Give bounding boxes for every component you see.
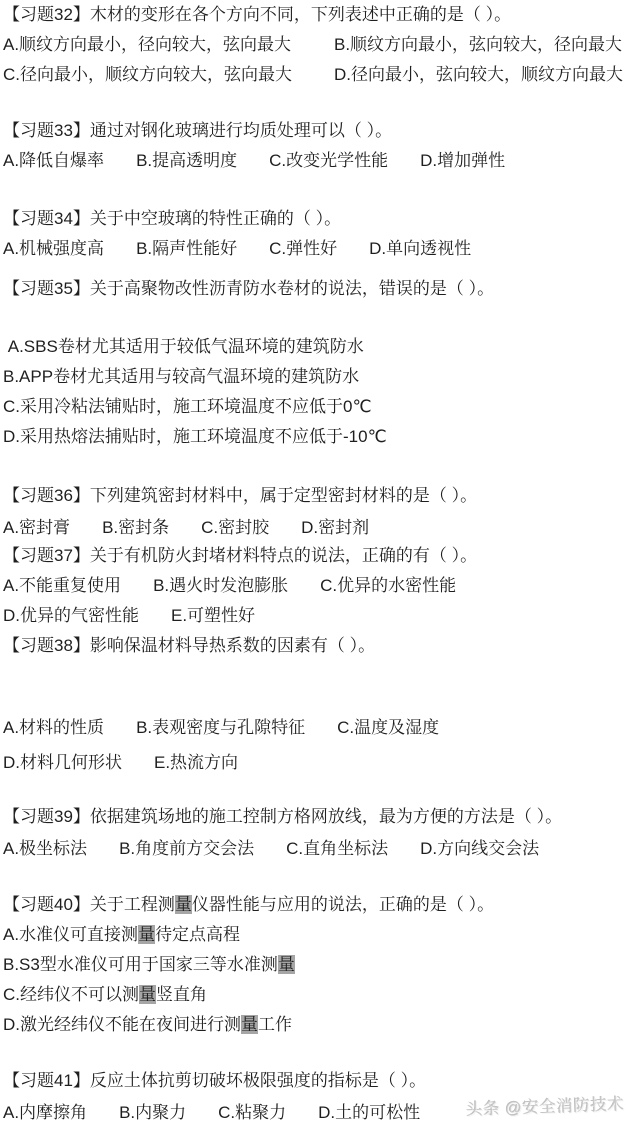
option-b: B.角度前方交会法 [119,833,254,865]
question-39: 【习题39】依据建筑场地的施工控制方格网放线，最为方便的方法是（ ）。 A.极坐… [3,801,629,865]
question-40: 【习题40】关于工程测量仪器性能与应用的说法，正确的是（ ）。 A.水准仪可直接… [3,890,629,1040]
question-number: 【习题40】 [3,895,90,914]
option-b: B.表观密度与孔隙特征 [136,710,305,745]
question-32: 【习题32】木材的变形在各个方向不同，下列表述中正确的是（ ）。 A.顺纹方向最… [3,0,629,90]
question-stem-text: 影响保温材料导热系数的因素有（ ）。 [90,636,375,655]
option-b: B.隔声性能好 [136,234,237,264]
question-stem: 【习题39】依据建筑场地的施工控制方格网放线，最为方便的方法是（ ）。 [3,801,629,833]
option-a: A.密封膏 [3,512,70,544]
options-row: C.径向最小，顺纹方向较大，弦向最大 D.径向最小，弦向较大，顺纹方向最大 [3,60,629,90]
option-b: B.APP卷材尤其适用与较高气温环境的建筑防水 [3,362,629,392]
question-38-options: A.材料的性质 B.表观密度与孔隙特征 C.温度及湿度 D.材料几何形状 E.热… [3,710,629,780]
question-number: 【习题35】 [3,279,90,298]
option-d: D.材料几何形状 [3,745,122,780]
exam-question-sheet: 【习题32】木材的变形在各个方向不同，下列表述中正确的是（ ）。 A.顺纹方向最… [0,0,629,1129]
options-row: A.机械强度高 B.隔声性能好 C.弹性好 D.单向透视性 [3,234,629,264]
highlighted-char: 量 [175,895,192,914]
options-row: A.材料的性质 B.表观密度与孔隙特征 C.温度及湿度 [3,710,629,745]
option-c: C.密封胶 [201,512,269,544]
option-d: D.采用热熔法捕贴时，施工环境温度不应低于-10℃ [3,422,629,452]
question-stem: 【习题33】通过对钢化玻璃进行均质处理可以（ ）。 [3,116,629,146]
option-d: D.密封剂 [301,512,369,544]
question-stem: 【习题32】木材的变形在各个方向不同，下列表述中正确的是（ ）。 [3,0,629,30]
option-e: E.热流方向 [154,745,238,780]
option-a: A.内摩擦角 [3,1097,87,1129]
option-a: A.机械强度高 [3,234,104,264]
option-c: C.径向最小，顺纹方向较大，弦向最大 [3,60,334,90]
option-c: C.经纬仪不可以测量竖直角 [3,980,629,1010]
option-a: A.顺纹方向最小，径向较大，弦向最大 [3,30,334,60]
option-a: A.水准仪可直接测量待定点高程 [3,920,629,950]
highlighted-char: 量 [139,985,156,1004]
question-33: 【习题33】通过对钢化玻璃进行均质处理可以（ ）。 A.降低自爆率 B.提高透明… [3,116,629,176]
option-a: A.SBS卷材尤其适用于较低气温环境的建筑防水 [3,332,629,362]
option-a: A.材料的性质 [3,710,104,745]
question-number: 【习题39】 [3,807,90,826]
question-stem: 【习题36】下列建筑密封材料中，属于定型密封材料的是（ ）。 [3,480,629,512]
question-number: 【习题33】 [3,121,90,140]
options-row: A.降低自爆率 B.提高透明度 C.改变光学性能 D.增加弹性 [3,146,629,176]
options-row: D.材料几何形状 E.热流方向 [3,745,629,780]
option-c: C.弹性好 [269,234,337,264]
question-stem: 【习题40】关于工程测量仪器性能与应用的说法，正确的是（ ）。 [3,890,629,920]
question-stem: 【习题37】关于有机防火封堵材料特点的说法，正确的有（ ）。 [3,541,629,571]
option-d: D.径向最小，弦向较大，顺纹方向最大 [334,60,623,90]
question-35-options: A.SBS卷材尤其适用于较低气温环境的建筑防水 B.APP卷材尤其适用与较高气温… [3,332,629,452]
highlighted-char: 量 [241,1015,258,1034]
option-c: C.改变光学性能 [269,146,388,176]
option-c: C.温度及湿度 [337,710,439,745]
question-stem-text: 关于中空玻璃的特性正确的（ ）。 [90,209,341,228]
question-number: 【习题37】 [3,546,90,565]
question-stem-text: 下列建筑密封材料中，属于定型密封材料的是（ ）。 [90,486,477,505]
question-stem-text: 关于高聚物改性沥青防水卷材的说法，错误的是（ ）。 [90,279,494,298]
options-row: A.极坐标法 B.角度前方交会法 C.直角坐标法 D.方向线交会法 [3,833,629,865]
question-36: 【习题36】下列建筑密封材料中，属于定型密封材料的是（ ）。 A.密封膏 B.密… [3,480,629,544]
question-number: 【习题38】 [3,636,90,655]
question-35: 【习题35】关于高聚物改性沥青防水卷材的说法，错误的是（ ）。 [3,274,629,304]
option-d: D.土的可松性 [318,1097,420,1129]
option-a: A.降低自爆率 [3,146,104,176]
options-row: A.顺纹方向最小，径向较大，弦向最大 B.顺纹方向最小，弦向较大，径向最大 [3,30,629,60]
highlighted-char: 量 [278,955,295,974]
question-number: 【习题41】 [3,1071,90,1090]
option-b: B.密封条 [102,512,169,544]
option-c: C.优异的水密性能 [320,571,456,601]
question-stem-text: 木材的变形在各个方向不同，下列表述中正确的是（ ）。 [90,5,511,24]
question-stem: 【习题34】关于中空玻璃的特性正确的（ ）。 [3,204,629,234]
question-stem-text: 通过对钢化玻璃进行均质处理可以（ ）。 [90,121,392,140]
option-b: B.顺纹方向最小，弦向较大，径向最大 [334,30,622,60]
option-c: C.粘聚力 [218,1097,286,1129]
question-34: 【习题34】关于中空玻璃的特性正确的（ ）。 A.机械强度高 B.隔声性能好 C… [3,204,629,264]
question-number: 【习题32】 [3,5,90,24]
question-stem: 【习题35】关于高聚物改性沥青防水卷材的说法，错误的是（ ）。 [3,274,629,304]
option-d: D.单向透视性 [369,234,471,264]
option-d: D.增加弹性 [420,146,505,176]
option-d: D.方向线交会法 [420,833,539,865]
option-b: B.遇火时发泡膨胀 [153,571,288,601]
question-38: 【习题38】影响保温材料导热系数的因素有（ ）。 [3,631,629,661]
option-a: A.不能重复使用 [3,571,121,601]
question-stem-text: 关于有机防火封堵材料特点的说法，正确的有（ ）。 [90,546,477,565]
question-number: 【习题36】 [3,486,90,505]
option-b: B.S3型水准仪可用于国家三等水准测量 [3,950,629,980]
option-a: A.极坐标法 [3,833,87,865]
option-c: C.直角坐标法 [286,833,388,865]
options-row: D.优异的气密性能 E.可塑性好 [3,601,629,631]
options-row: A.不能重复使用 B.遇火时发泡膨胀 C.优异的水密性能 [3,571,629,601]
option-d: D.激光经纬仪不能在夜间进行测量工作 [3,1010,629,1040]
question-stem-text: 关于工程测量仪器性能与应用的说法，正确的是（ ）。 [90,895,494,914]
option-b: B.内聚力 [119,1097,186,1129]
option-e: E.可塑性好 [171,601,255,631]
highlighted-char: 量 [138,925,155,944]
question-stem-text: 依据建筑场地的施工控制方格网放线，最为方便的方法是（ ）。 [90,807,562,826]
options-row: A.密封膏 B.密封条 C.密封胶 D.密封剂 [3,512,629,544]
question-37: 【习题37】关于有机防火封堵材料特点的说法，正确的有（ ）。 A.不能重复使用 … [3,541,629,631]
question-stem-text: 反应土体抗剪切破坏极限强度的指标是（ ）。 [90,1071,426,1090]
question-stem: 【习题38】影响保温材料导热系数的因素有（ ）。 [3,631,629,661]
option-b: B.提高透明度 [136,146,237,176]
option-d: D.优异的气密性能 [3,601,139,631]
question-stem: 【习题41】反应土体抗剪切破坏极限强度的指标是（ ）。 [3,1065,629,1097]
question-number: 【习题34】 [3,209,90,228]
option-c: C.采用冷粘法铺贴时，施工环境温度不应低于0℃ [3,392,629,422]
